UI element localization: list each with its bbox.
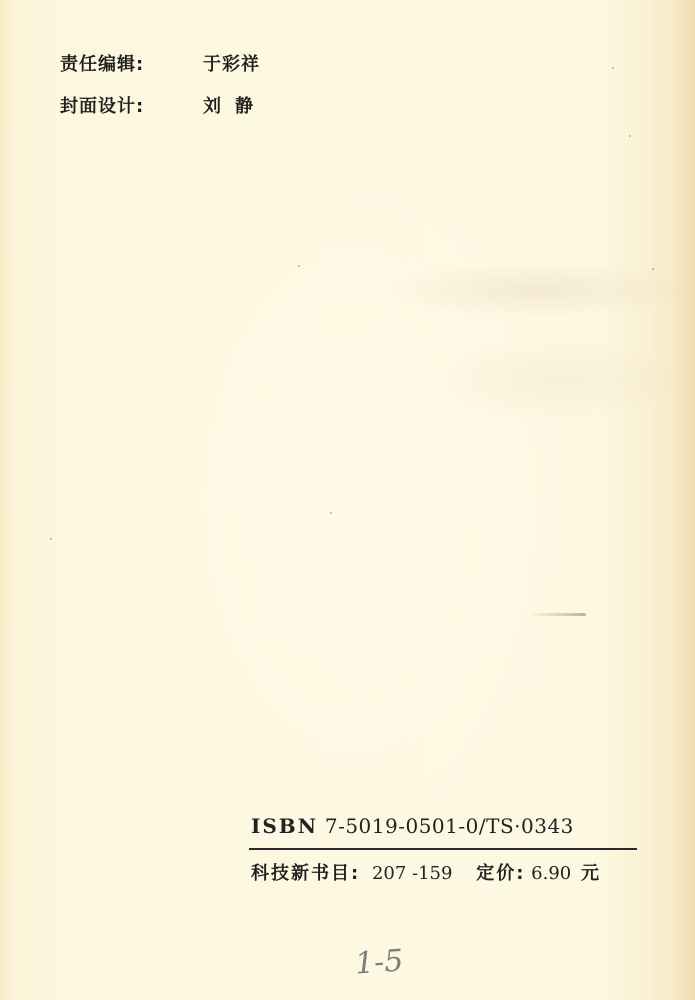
editor-label: 责任编辑:: [60, 50, 144, 76]
paper-speck: [330, 512, 332, 514]
editor-name: 于彩祥: [203, 50, 260, 76]
price-label: 定价:: [476, 863, 525, 884]
price-unit: 元: [581, 863, 601, 884]
paper-speck: [629, 135, 631, 137]
price-value: 6.90: [531, 863, 571, 884]
cover-designer-label: 封面设计:: [60, 92, 144, 118]
paper-mark: [528, 613, 586, 616]
isbn-number: 7-5019-0501-0/TS·0343: [325, 814, 574, 838]
isbn-divider: [249, 848, 637, 850]
handwritten-note: 1-5: [354, 943, 405, 981]
isbn-prefix: ISBN: [251, 814, 318, 838]
isbn-line: ISBN 7-5019-0501-0/TS·0343: [251, 808, 637, 844]
paper-speck: [612, 67, 614, 69]
paper-speck: [50, 538, 52, 540]
paper-speck: [652, 268, 654, 270]
catalog-label: 科技新书目:: [251, 863, 360, 884]
cover-designer-name: 刘静: [203, 92, 267, 118]
catalog-number: 207 -159: [372, 863, 453, 884]
paper-speck: [298, 265, 300, 267]
catalog-line: 科技新书目: 207 -159 定价: 6.90 元: [251, 856, 637, 892]
book-back-cover: 责任编辑: 于彩祥 封面设计: 刘静 ISBN 7-5019-0501-0/TS…: [0, 0, 695, 1000]
isbn-block: ISBN 7-5019-0501-0/TS·0343 科技新书目: 207 -1…: [251, 808, 637, 892]
